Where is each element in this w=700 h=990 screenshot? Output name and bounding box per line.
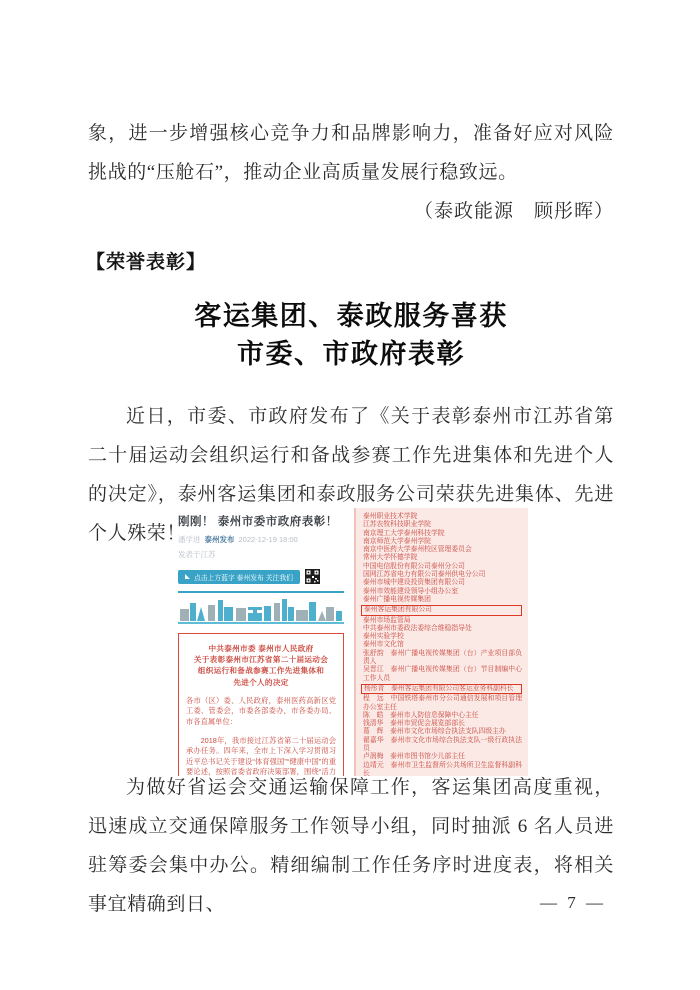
page-number: — 7 — xyxy=(540,893,606,913)
wechat-follow-banner: 点击上方蓝字 泰州发布 关注我们 xyxy=(178,570,300,584)
award-list-item: 泰州市场监管局 xyxy=(363,617,522,625)
wechat-follow-banner-row: 点击上方蓝字 泰州发布 关注我们 xyxy=(178,569,344,584)
award-list-item: 杨彤青 泰州客运集团有限公司客运业务科副科长 xyxy=(361,684,522,694)
award-list-item: 南京理工大学泰州科技学院 xyxy=(363,530,522,538)
award-list-item: 南京师范大学泰州学院 xyxy=(363,538,522,546)
award-list-item: 翟嘉华 泰州市文化市场综合执法支队一级行政执法员 xyxy=(363,737,522,754)
wechat-article-column: 刚刚！ 泰州市委市政府表彰！ 潘学进泰州发布2022-12-19 18:00 发… xyxy=(176,508,354,776)
award-list-item: 泰州市文化馆 xyxy=(363,641,522,649)
decision-paragraph-1: 各市（区）委、人民政府，泰州医药高新区党工委、管委会，市委各部委办，市各委办局、… xyxy=(186,696,336,728)
city-skyline-illustration xyxy=(178,591,344,624)
award-list-item: 程 远 中国铁塔泰州市分公司通信发展和项目管理办公室主任 xyxy=(363,695,522,712)
award-list-item: 吴晋江 泰州广播电视传媒集团（台）节目制编中心工作人员 xyxy=(363,666,522,683)
wechat-follow-banner-label: 点击上方蓝字 泰州发布 关注我们 xyxy=(194,572,293,582)
pointer-icon xyxy=(185,574,190,579)
award-list-item: 常州大学怀德学院 xyxy=(363,554,522,562)
article-byline: （泰政能源 顾彤晖） xyxy=(88,192,614,231)
paragraph: 象，进一步增强核心竞争力和品牌影响力，准备好应对风险挑战的“压舱石”，推动企业高… xyxy=(88,114,614,192)
article-title: 客运集团、泰政服务喜获 市委、市政府表彰 xyxy=(88,297,614,373)
previous-article-ending: 象，进一步增强核心竞争力和品牌影响力，准备好应对风险挑战的“压舱石”，推动企业高… xyxy=(88,114,614,231)
wechat-publish-time: 2022-12-19 18:00 xyxy=(239,535,298,544)
award-list-item: 江苏农牧科技职业学院 xyxy=(363,521,522,529)
document-page: 象，进一步增强核心竞争力和品牌影响力，准备好应对风险挑战的“压舱石”，推动企业高… xyxy=(0,0,700,990)
award-list-item: 泰州市效能建设领导小组办公室 xyxy=(363,588,522,596)
section-label: 【荣誉表彰】 xyxy=(86,247,206,274)
wechat-author: 潘学进 xyxy=(178,535,201,544)
embedded-wechat-screenshot: 刚刚！ 泰州市委市政府表彰！ 潘学进泰州发布2022-12-19 18:00 发… xyxy=(176,508,528,776)
award-list-column: 泰州职业技术学院江苏农牧科技职业学院南京理工大学泰州科技学院南京师范大学泰州学院… xyxy=(354,508,528,776)
award-list-item: 泰州广播电视传媒集团 xyxy=(363,596,522,604)
decision-heading: 中共泰州市委 泰州市人民政府 关于表彰泰州市江苏省第二十届运动会 组织运行和备战… xyxy=(186,643,336,688)
award-list-item: 张舒韵 泰州广播电视传媒集团（台）产业项目部负责人 xyxy=(363,650,522,667)
wechat-publish-location: 发表于江苏 xyxy=(178,549,344,560)
qr-code-icon xyxy=(305,569,320,584)
award-list-item: 泰州市城中建设投资集团有限公司 xyxy=(363,579,522,587)
wechat-account-name: 泰州发布 xyxy=(205,535,235,544)
award-list-item: 葛 辉 泰州市文化市场综合执法支队四级主办 xyxy=(363,728,522,736)
article-title-line1: 客运集团、泰政服务喜获 xyxy=(88,297,614,335)
award-list-item: 陈 皓 泰州市人防信息保障中心主任 xyxy=(363,712,522,720)
award-list-item: 中共泰州市委政法委综合维稳指导处 xyxy=(363,625,522,633)
wechat-article-title: 刚刚！ 泰州市委市政府表彰！ xyxy=(178,513,344,529)
article-title-line2: 市委、市政府表彰 xyxy=(88,335,614,373)
red-decision-document: 中共泰州市委 泰州市人民政府 关于表彰泰州市江苏省第二十届运动会 组织运行和备战… xyxy=(178,633,344,776)
award-list-item: 中国电信股份有限公司泰州分公司 xyxy=(363,563,522,571)
award-list-item: 卢润梅 泰州市图书馆少儿部主任 xyxy=(363,753,522,761)
article-paragraph-2: 为做好省运会交通运输保障工作，客运集团高度重视，迅速成立交通保障服务工作领导小组… xyxy=(88,768,614,924)
award-list-item: 泰州客运集团有限公司 xyxy=(361,605,522,615)
wechat-article-meta: 潘学进泰州发布2022-12-19 18:00 xyxy=(178,534,344,545)
